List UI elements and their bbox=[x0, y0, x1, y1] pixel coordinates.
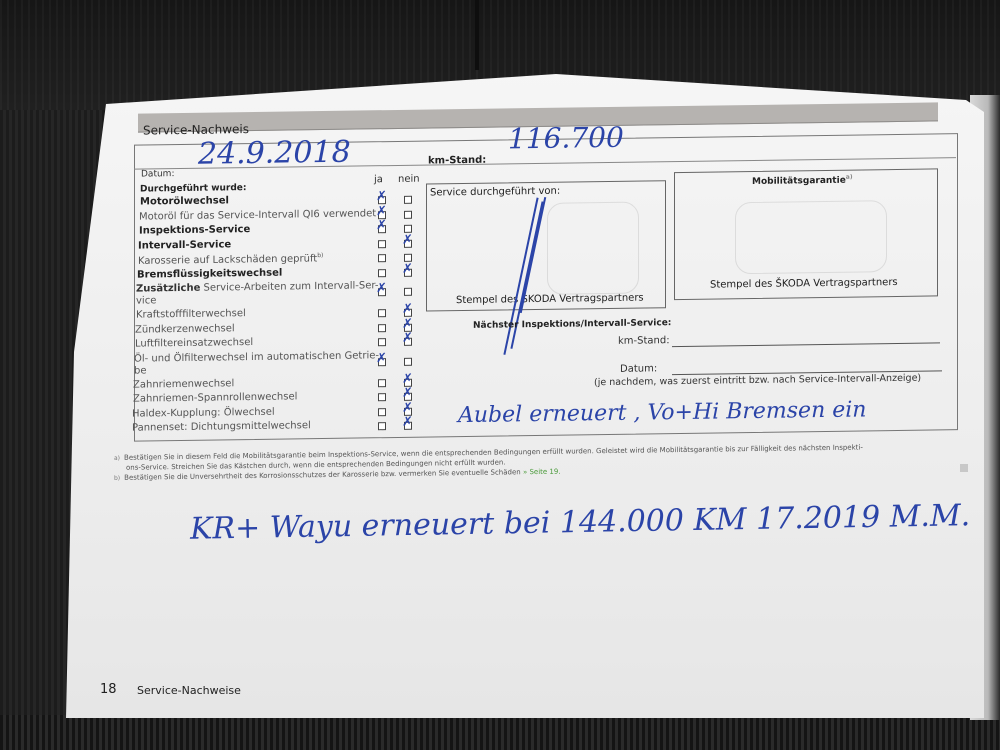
date-handwritten[interactable]: 24.9.2018 bbox=[198, 135, 351, 172]
checkbox-nein[interactable] bbox=[404, 357, 412, 365]
checklist-item-label-cont: be bbox=[134, 365, 147, 376]
seat-fabric-bottom bbox=[0, 715, 1000, 750]
footnote-ref: b) bbox=[317, 252, 323, 259]
checklist-item-label: Inspektions-Service bbox=[139, 224, 250, 237]
checkbox-ja[interactable] bbox=[378, 254, 386, 262]
checkbox-ja[interactable] bbox=[378, 309, 386, 317]
page-section-title: Service-Nachweise bbox=[137, 684, 241, 697]
checkbox-nein[interactable] bbox=[404, 196, 412, 204]
footnote-a-marker: a) bbox=[114, 455, 120, 462]
checklist-item-label-cont: vice bbox=[136, 295, 156, 306]
checkbox-nein[interactable] bbox=[404, 288, 412, 296]
checkbox-ja[interactable] bbox=[378, 225, 386, 233]
col-ja: ja bbox=[374, 174, 383, 185]
checklist-heading: Durchgeführt wurde: bbox=[140, 183, 247, 194]
watermark-drawing bbox=[735, 200, 887, 274]
mobility-heading: Mobilitätsgarantiea) bbox=[752, 174, 853, 187]
service-box-heading: Service durchgeführt von: bbox=[430, 186, 560, 199]
seat-seam bbox=[475, 0, 479, 70]
checkbox-nein[interactable] bbox=[404, 268, 412, 276]
checkbox-ja[interactable] bbox=[378, 358, 386, 366]
checkbox-ja[interactable] bbox=[378, 393, 386, 401]
col-nein: nein bbox=[398, 174, 420, 185]
next-date-label: Datum: bbox=[620, 363, 657, 375]
checkbox-ja[interactable] bbox=[378, 288, 386, 296]
checklist-item-label: Luftfiltereinsatzwechsel bbox=[135, 337, 253, 350]
checklist-item-label: Karosserie auf Lackschäden geprüftb) bbox=[138, 252, 323, 267]
checklist-item-label: Kraftstofffilterwechsel bbox=[136, 308, 246, 321]
form-title: Service-Nachweis bbox=[143, 122, 249, 137]
checkbox-ja[interactable] bbox=[378, 269, 386, 277]
checkbox-nein[interactable] bbox=[404, 239, 412, 247]
km-handwritten[interactable]: 116.700 bbox=[508, 121, 624, 156]
checkbox-ja[interactable] bbox=[378, 240, 386, 248]
checklist-item-label: Zündkerzenwechsel bbox=[135, 323, 235, 335]
checklist-item-bold: Zusätzliche bbox=[136, 283, 200, 295]
checklist-item-label: Zahnriemen-Spannrollenwechsel bbox=[133, 391, 297, 404]
checklist-item-label: Motorölwechsel bbox=[140, 195, 229, 207]
checklist-item-label: Bremsflüssigkeitswechsel bbox=[137, 267, 282, 280]
checkbox-nein[interactable] bbox=[404, 422, 412, 430]
checkbox-nein[interactable] bbox=[404, 338, 412, 346]
checkbox-ja[interactable] bbox=[378, 338, 386, 346]
checkbox-ja[interactable] bbox=[378, 408, 386, 416]
mobility-heading-text: Mobilitätsgarantie bbox=[752, 176, 846, 187]
checkbox-ja[interactable] bbox=[378, 324, 386, 332]
checklist-item-label: Zahnriemenwechsel bbox=[133, 378, 234, 390]
checklist-item-label: Haldex-Kupplung: Ölwechsel bbox=[132, 406, 275, 419]
next-km-label: km-Stand: bbox=[618, 335, 670, 347]
checkbox-nein[interactable] bbox=[404, 210, 412, 218]
watermark-drawing bbox=[547, 202, 639, 295]
service-record-form: Service-Nachweis Datum: 24.9.2018 km-Sta… bbox=[108, 78, 956, 490]
page-margin-marker bbox=[960, 464, 968, 472]
page-number: 18 bbox=[100, 682, 117, 697]
footnote-ref: a) bbox=[846, 174, 853, 181]
checkbox-ja[interactable] bbox=[378, 379, 386, 387]
page-link[interactable]: » Seite 19. bbox=[523, 468, 561, 477]
km-label: km-Stand: bbox=[428, 155, 486, 167]
checklist-item-label: Intervall-Service bbox=[138, 239, 231, 251]
checkbox-ja[interactable] bbox=[378, 422, 386, 430]
date-label: Datum: bbox=[141, 169, 174, 179]
footnote-b-marker: b) bbox=[114, 475, 120, 482]
